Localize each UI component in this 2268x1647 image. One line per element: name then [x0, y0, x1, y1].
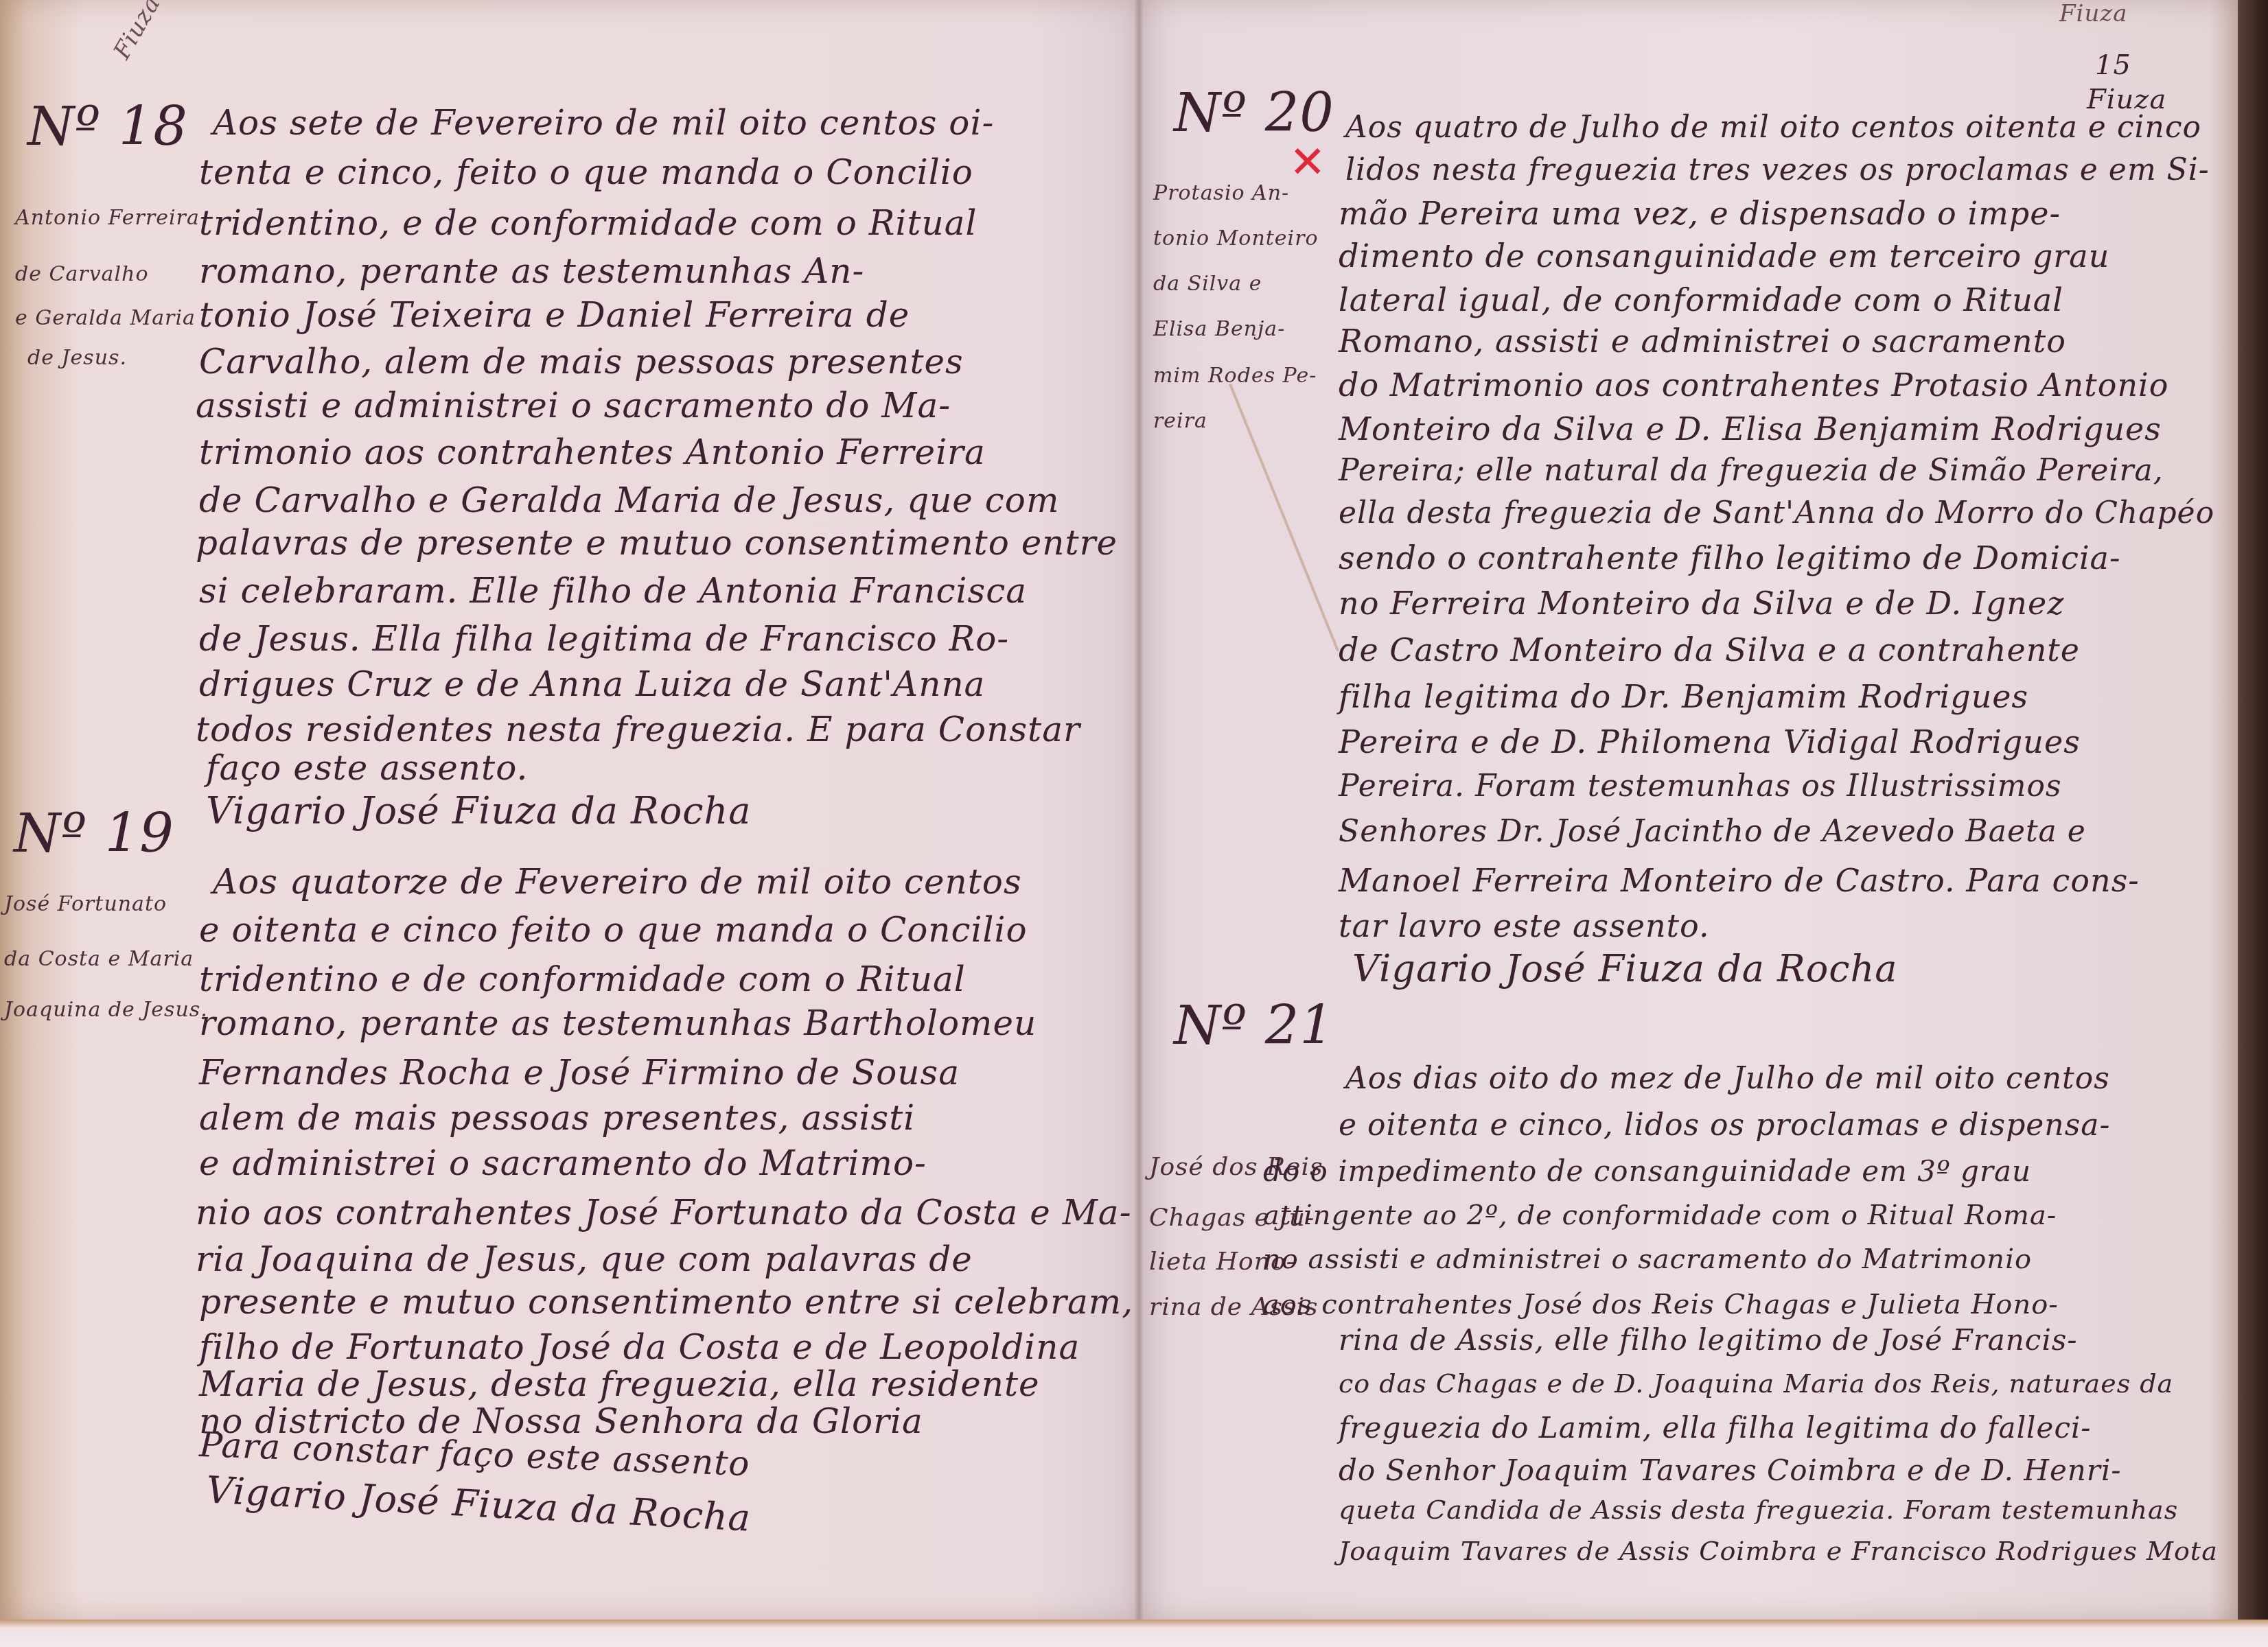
entry-line: de Carvalho e Geralda Maria de Jesus, qu…	[199, 480, 1059, 520]
entry-line: de Jesus. Ella filha legitima de Francis…	[199, 619, 1009, 659]
entry-line: Carvalho, alem de mais pessoas presentes	[199, 342, 964, 382]
entry-line: sendo o contrahente filho legitimo de Do…	[1339, 539, 2121, 576]
entry-line: dimento de consanguinidade em terceiro g…	[1339, 237, 2109, 274]
entry-line: co das Chagas e de D. Joaquina Maria dos…	[1339, 1368, 2173, 1399]
entry-line: e oitenta e cinco, lidos os proclamas e …	[1339, 1108, 2110, 1143]
entry-number: Nº 19	[14, 803, 174, 865]
entry-line: rina de Assis, elle filho legitimo de Jo…	[1339, 1323, 2078, 1357]
margin-note: José Fortunato	[4, 892, 167, 916]
entry-line: Senhores Dr. José Jacintho de Azevedo Ba…	[1339, 814, 2086, 849]
margin-note: tonio Monteiro	[1153, 226, 1319, 250]
entry-line: Aos quatro de Julho de mil oito centos o…	[1345, 110, 2201, 145]
entry-line: palavras de presente e mutuo consentimen…	[196, 523, 1118, 563]
entry-line: e oitenta e cinco feito o que manda o Co…	[199, 910, 1028, 950]
entry-line: aos contrahentes José dos Reis Chagas e …	[1263, 1289, 2059, 1320]
entry-line: do Matrimonio aos contrahentes Protasio …	[1339, 366, 2168, 404]
margin-note: reira	[1153, 409, 1207, 433]
margin-note: da Silva e	[1153, 272, 1262, 296]
entry-line: queta Candida de Assis desta freguezia. …	[1339, 1495, 2178, 1525]
top-right-faint-mark: Fiuza	[2059, 0, 2128, 27]
margin-note: e Geralda Maria	[15, 306, 196, 330]
entry-line: Fernandes Rocha e José Firmino de Sousa	[199, 1053, 960, 1093]
entry-number: Nº 20	[1174, 82, 1334, 144]
entry-line: do Senhor Joaquim Tavares Coimbra e de D…	[1339, 1453, 2122, 1487]
entry-line: attingente ao 2º, de conformidade com o …	[1263, 1200, 2057, 1231]
left-page: Fiuza Nº 18 Antonio Ferreira de Carvalho…	[0, 0, 1139, 1624]
top-left-mark: Fiuza	[108, 0, 166, 64]
entry-line: Monteiro da Silva e D. Elisa Benjamim Ro…	[1339, 410, 2162, 447]
margin-note: Protasio An-	[1153, 181, 1289, 205]
entry-line: si celebraram. Elle filho de Antonia Fra…	[199, 571, 1027, 611]
entry-line: Manoel Ferreira Monteiro de Castro. Para…	[1339, 862, 2140, 899]
book-gutter	[1134, 0, 1144, 1620]
entry-line: romano, perante as testemunhas Bartholom…	[199, 1003, 1037, 1043]
entry-line: no Ferreira Monteiro da Silva e de D. Ig…	[1339, 585, 2064, 622]
entry-line: romano, perante as testemunhas An-	[199, 251, 864, 291]
page-bottom-edge	[0, 1620, 2268, 1647]
entry-line: presente e mutuo consentimento entre si …	[199, 1282, 1210, 1322]
margin-note: mim Rodes Pe-	[1153, 364, 1317, 388]
entry-number: Nº 18	[27, 96, 188, 158]
entry-line: Pereira; elle natural da freguezia de Si…	[1339, 453, 2164, 488]
entry-line: Joaquim Tavares de Assis Coimbra e Franc…	[1339, 1536, 2218, 1566]
entry-line: no assisti e administrei o sacramento do…	[1263, 1243, 2032, 1275]
entry-line: ria Joaquina de Jesus, que com palavras …	[196, 1239, 973, 1279]
entry-line: assisti e administrei o sacramento do Ma…	[196, 386, 951, 425]
margin-note: Elisa Benja-	[1153, 317, 1285, 341]
entry-line: filho de Fortunato José da Costa e de Le…	[199, 1327, 1080, 1367]
margin-note: Antonio Ferreira	[15, 206, 200, 230]
entry-line: tonio José Teixeira e Daniel Ferreira de	[199, 295, 910, 335]
entry-line: tenta e cinco, feito o que manda o Conci…	[199, 152, 973, 192]
entry-line: ella desta freguezia de Sant'Anna do Mor…	[1339, 495, 2214, 530]
entry-line: tar lavro este assento.	[1339, 907, 1710, 944]
entry-line: Romano, assisti e administrei o sacramen…	[1339, 323, 2066, 360]
margin-note: de Jesus.	[27, 346, 127, 370]
entry-line: tridentino e de conformidade com o Ritua…	[199, 959, 966, 999]
entry-line: Aos quatorze de Fevereiro de mil oito ce…	[213, 862, 1022, 902]
right-page: Fiuza 15 Fiuza Nº 20 ✕ Protasio An- toni…	[1139, 0, 2238, 1624]
entry-line: drigues Cruz e de Anna Luiza de Sant'Ann…	[199, 664, 985, 704]
entry-line: Pereira e de D. Philomena Vidigal Rodrig…	[1339, 723, 2081, 760]
entry-line: de Castro Monteiro da Silva e a contrahe…	[1339, 631, 2080, 668]
book-right-edge	[2238, 0, 2268, 1647]
signature: Vigario José Fiuza da Rocha	[1352, 947, 1897, 990]
register-spread: Fiuza Nº 18 Antonio Ferreira de Carvalho…	[0, 0, 2268, 1647]
entry-line: nio aos contrahentes José Fortunato da C…	[196, 1193, 1132, 1233]
margin-note: Joaquina de Jesus.	[4, 998, 208, 1022]
page-number: 15	[2095, 49, 2131, 81]
entry-line: Aos sete de Fevereiro de mil oito centos…	[213, 103, 994, 143]
entry-line: Aos dias oito do mez de Julho de mil oit…	[1345, 1061, 2110, 1096]
entry-line: trimonio aos contrahentes Antonio Ferrei…	[199, 432, 986, 472]
entry-line: lateral igual, de conformidade com o Rit…	[1339, 281, 2063, 318]
signature: Vigario José Fiuza da Rocha	[206, 789, 751, 832]
margin-note: da Costa e Maria	[4, 947, 194, 971]
entry-line: Maria de Jesus, desta freguezia, ella re…	[199, 1364, 1040, 1404]
margin-note: de Carvalho	[15, 262, 149, 286]
entry-line: freguezia do Lamim, ella filha legitima …	[1339, 1411, 2092, 1445]
entry-line: Pereira. Foram testemunhas os Illustriss…	[1339, 769, 2062, 804]
entry-line: todos residentes nesta freguezia. E para…	[196, 710, 1080, 749]
entry-line: mão Pereira uma vez, e dispensado o impe…	[1339, 195, 2061, 232]
entry-line: e administrei o sacramento do Matrimo-	[199, 1143, 927, 1183]
entry-line: faço este assento.	[206, 748, 528, 788]
entry-line: filha legitima do Dr. Benjamim Rodrigues	[1339, 678, 2028, 715]
entry-line: do o impedimento de consanguinidade em 3…	[1263, 1154, 2031, 1188]
entry-line: alem de mais pessoas presentes, assisti	[199, 1098, 915, 1138]
entry-line: tridentino, e de conformidade com o Ritu…	[199, 203, 977, 243]
red-x-mark-icon: ✕	[1289, 137, 1327, 188]
entry-number: Nº 21	[1174, 995, 1334, 1057]
entry-line: lidos nesta freguezia tres vezes os proc…	[1345, 152, 2210, 187]
